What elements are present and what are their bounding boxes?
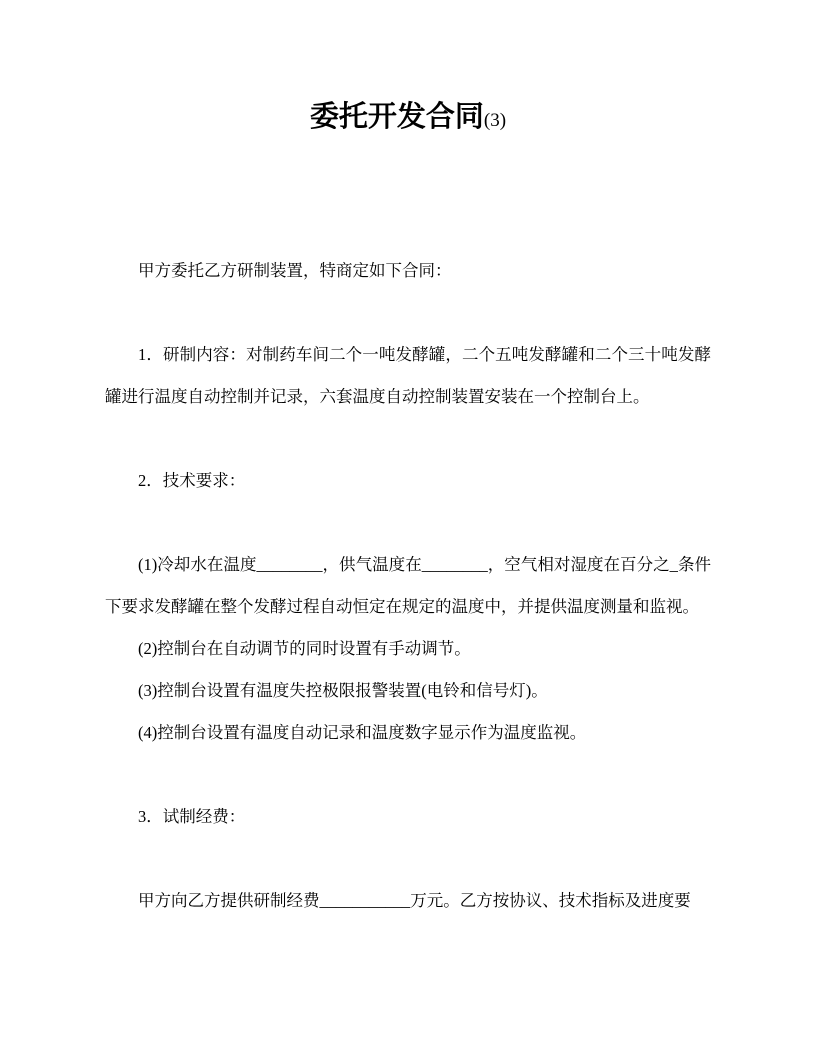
paragraph-requirement-3: (3)控制台设置有温度失控极限报警装置(电铃和信号灯)。	[105, 670, 711, 712]
paragraph-intro: 甲方委托乙方研制装置，特商定如下合同：	[105, 250, 711, 292]
paragraph-section-1-development-content: 1．研制内容：对制药车间二个一吨发酵罐，二个五吨发酵罐和二个三十吨发酵罐进行温度…	[105, 334, 711, 418]
document-title-number: (3)	[484, 110, 506, 131]
paragraph-requirement-1: (1)冷却水在温度________，供气温度在________，空气相对湿度在百…	[105, 544, 711, 628]
document-title-text: 委托开发合同	[310, 101, 484, 133]
paragraph-requirement-4: (4)控制台设置有温度自动记录和温度数字显示作为温度监视。	[105, 712, 711, 754]
paragraph-funding-detail: 甲方向乙方提供研制经费___________万元。乙方按协议、技术指标及进度要	[105, 880, 711, 922]
paragraph-requirement-2: (2)控制台在自动调节的同时设置有手动调节。	[105, 628, 711, 670]
document-title: 委托开发合同(3)	[105, 96, 711, 142]
document-page: 委托开发合同(3) 甲方委托乙方研制装置，特商定如下合同： 1．研制内容：对制药…	[0, 0, 816, 1056]
paragraph-section-3-trial-funding: 3．试制经费：	[105, 796, 711, 838]
paragraph-section-2-technical-requirements: 2．技术要求：	[105, 460, 711, 502]
